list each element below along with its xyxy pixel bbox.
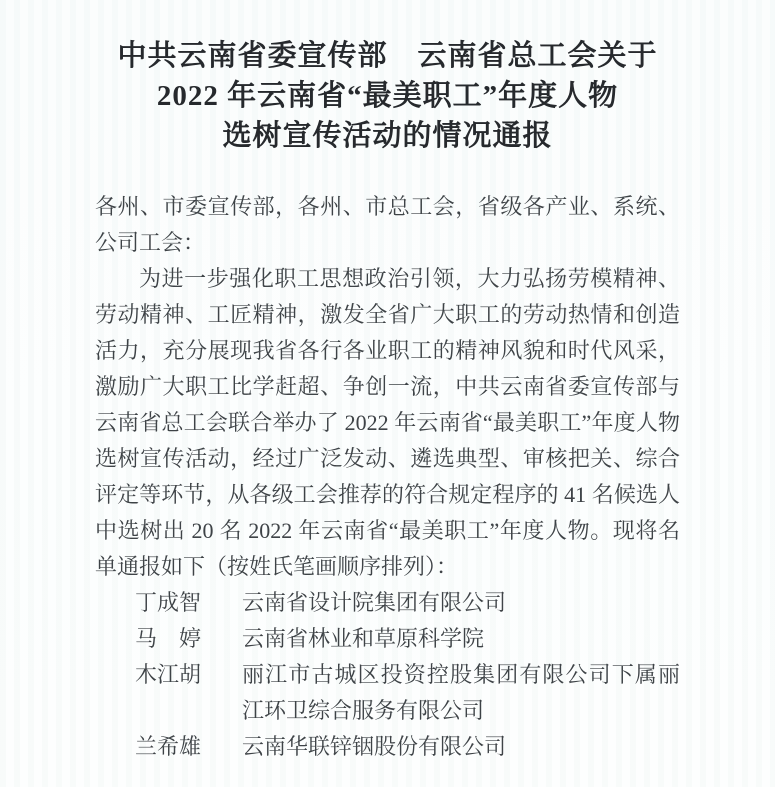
document-body: 各州、市委宣传部，各州、市总工会，省级各产业、系统、公司工会： 为进一步强化职工… (95, 189, 680, 765)
title-line-3: 选树宣传活动的情况通报 (0, 116, 775, 156)
awardee-name: 木江胡 (135, 657, 242, 693)
awardee-row: 丁成智 云南省设计院集团有限公司 (95, 585, 680, 621)
awardee-org: 云南省设计院集团有限公司 (242, 585, 680, 621)
awardee-org: 云南华联锌铟股份有限公司 (242, 729, 680, 765)
awardee-list: 丁成智 云南省设计院集团有限公司 马 婷 云南省林业和草原科学院 木江胡 丽江市… (95, 585, 680, 765)
awardee-org: 丽江市古城区投资控股集团有限公司下属丽江环卫综合服务有限公司 (242, 657, 680, 729)
title-line-1: 中共云南省委宣传部 云南省总工会关于 (0, 36, 775, 76)
awardee-row: 木江胡 丽江市古城区投资控股集团有限公司下属丽江环卫综合服务有限公司 (95, 657, 680, 729)
awardee-org: 云南省林业和草原科学院 (242, 621, 680, 657)
body-paragraph: 为进一步强化职工思想政治引领，大力弘扬劳模精神、劳动精神、工匠精神，激发全省广大… (95, 261, 680, 585)
awardee-name: 丁成智 (135, 585, 242, 621)
salutation: 各州、市委宣传部，各州、市总工会，省级各产业、系统、公司工会： (95, 189, 680, 261)
title-line-2: 2022 年云南省“最美职工”年度人物 (0, 76, 775, 116)
scanned-document-page: 中共云南省委宣传部 云南省总工会关于 2022 年云南省“最美职工”年度人物 选… (0, 0, 775, 787)
awardee-row: 兰希雄 云南华联锌铟股份有限公司 (95, 729, 680, 765)
awardee-name: 马 婷 (135, 621, 242, 657)
awardee-name: 兰希雄 (135, 729, 242, 765)
awardee-row: 马 婷 云南省林业和草原科学院 (95, 621, 680, 657)
document-title: 中共云南省委宣传部 云南省总工会关于 2022 年云南省“最美职工”年度人物 选… (0, 0, 775, 156)
